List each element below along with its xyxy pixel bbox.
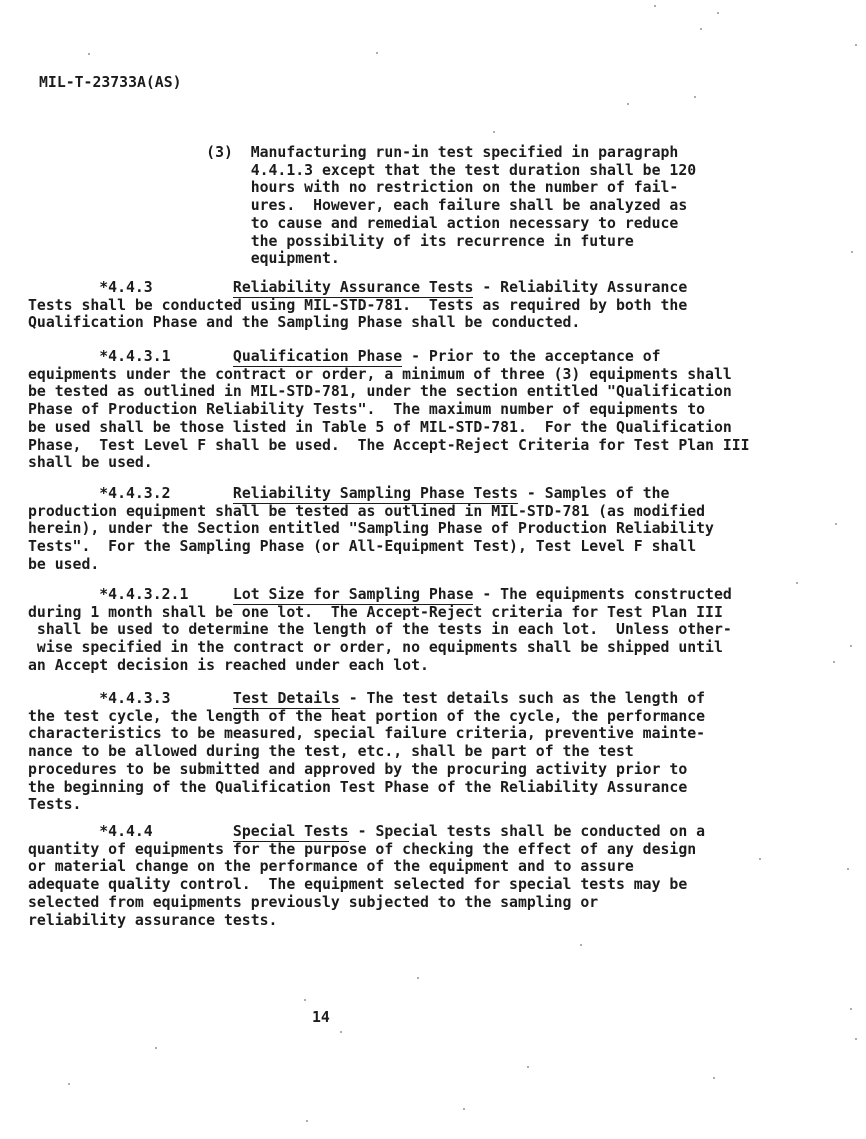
scan-speck (493, 131, 495, 133)
text-line: selected from equipments previously subj… (28, 894, 705, 912)
text-line: shall be used. (28, 454, 750, 472)
text-line: or material change on the performance of… (28, 858, 705, 876)
section-number: *4.4.3.2 (28, 485, 233, 502)
scan-speck (340, 1031, 342, 1033)
text-line: reliability assurance tests. (28, 912, 705, 930)
section-heading-tail: - Reliability Assurance (473, 279, 687, 296)
scan-speck (833, 661, 835, 663)
section-title: Test Details (233, 690, 340, 709)
text-line: (3) Manufacturing run-in test specified … (28, 144, 696, 162)
scan-speck (527, 1066, 529, 1068)
scanned-document-page: MIL-T-23733A(AS) (3) Manufacturing run-i… (0, 0, 866, 1139)
text-line: equipment. (28, 250, 696, 268)
text-line: an Accept decision is reached under each… (28, 657, 732, 675)
scan-speck (304, 999, 306, 1001)
text-line: Phase of Production Reliability Tests". … (28, 401, 750, 419)
text-line: characteristics to be measured, special … (28, 725, 705, 743)
text-line: production equipment shall be tested as … (28, 503, 714, 521)
scan-speck (627, 103, 629, 105)
text-line: herein), under the Section entitled "Sam… (28, 520, 714, 538)
scan-speck (376, 52, 378, 54)
section-number: *4.4.3.2.1 (28, 586, 233, 603)
section-heading-line: *4.4.3.2 Reliability Sampling Phase Test… (28, 485, 714, 503)
text-line: Phase, Test Level F shall be used. The A… (28, 437, 750, 455)
section-4-4-3-2: *4.4.3.2 Reliability Sampling Phase Test… (28, 485, 714, 574)
scan-speck (68, 1083, 70, 1085)
scan-speck (717, 12, 719, 14)
text-line: nance to be allowed during the test, etc… (28, 743, 705, 761)
section-title: Qualification Phase (233, 348, 402, 367)
scan-speck (713, 1077, 715, 1079)
scan-speck (850, 645, 852, 647)
section-4-4-3-1: *4.4.3.1 Qualification Phase - Prior to … (28, 348, 750, 472)
section-number: *4.4.4 (28, 823, 233, 840)
section-heading-line: *4.4.3 Reliability Assurance Tests - Rel… (28, 279, 687, 297)
section-heading-line: *4.4.3.2.1 Lot Size for Sampling Phase -… (28, 586, 732, 604)
scan-speck (850, 1008, 852, 1010)
section-heading-tail: - Prior to the acceptance of (402, 348, 660, 365)
scan-speck (851, 251, 853, 253)
section-title: Lot Size for Sampling Phase (233, 586, 474, 605)
list-item-3: (3) Manufacturing run-in test specified … (28, 144, 696, 268)
scan-speck (759, 858, 761, 860)
scan-speck (700, 28, 702, 30)
text-line: Tests shall be conducted using MIL-STD-7… (28, 297, 687, 315)
text-line: procedures to be submitted and approved … (28, 761, 705, 779)
scan-speck (306, 1120, 308, 1122)
scan-speck (88, 53, 90, 55)
text-line: Tests". For the Sampling Phase (or All-E… (28, 538, 714, 556)
scan-speck (847, 868, 849, 870)
section-heading-tail: - Samples of the (518, 485, 669, 502)
text-line: equipments under the contract or order, … (28, 366, 750, 384)
section-heading-tail: - The equipments constructed (473, 586, 731, 603)
text-line: the possibility of its recurrence in fut… (28, 233, 696, 251)
scan-speck (855, 44, 857, 46)
text-line: be used shall be those listed in Table 5… (28, 419, 750, 437)
section-4-4-3: *4.4.3 Reliability Assurance Tests - Rel… (28, 279, 687, 332)
section-heading-line: *4.4.4 Special Tests - Special tests sha… (28, 823, 705, 841)
text-line: be used. (28, 556, 714, 574)
text-line: hours with no restriction on the number … (28, 179, 696, 197)
text-line: the beginning of the Qualification Test … (28, 779, 705, 797)
document-id-header: MIL-T-23733A(AS) (39, 74, 182, 92)
section-heading-line: *4.4.3.1 Qualification Phase - Prior to … (28, 348, 750, 366)
section-heading-tail: - Special tests shall be conducted on a (349, 823, 705, 840)
text-line: wise specified in the contract or order,… (28, 639, 732, 657)
section-title: Reliability Assurance Tests (233, 279, 474, 298)
text-line: to cause and remedial action necessary t… (28, 215, 696, 233)
page-number: 14 (312, 1009, 330, 1027)
section-title: Reliability Sampling Phase Tests (233, 485, 518, 504)
section-number: *4.4.3.3 (28, 690, 233, 707)
section-4-4-3-3: *4.4.3.3 Test Details - The test details… (28, 690, 705, 814)
scan-speck (855, 1038, 857, 1040)
text-line: Qualification Phase and the Sampling Pha… (28, 314, 687, 332)
text-line: quantity of equipments for the purpose o… (28, 841, 705, 859)
text-line: the test cycle, the length of the heat p… (28, 708, 705, 726)
text-line: during 1 month shall be one lot. The Acc… (28, 604, 732, 622)
scan-speck (463, 1108, 465, 1110)
section-4-4-3-2-1: *4.4.3.2.1 Lot Size for Sampling Phase -… (28, 586, 732, 675)
text-line: be tested as outlined in MIL-STD-781, un… (28, 383, 750, 401)
section-title: Special Tests (233, 823, 349, 842)
text-line: 4.4.1.3 except that the test duration sh… (28, 162, 696, 180)
scan-speck (835, 523, 837, 525)
section-number: *4.4.3 (28, 279, 233, 296)
scan-speck (417, 977, 419, 979)
section-heading-line: *4.4.3.3 Test Details - The test details… (28, 690, 705, 708)
text-line: shall be used to determine the length of… (28, 621, 732, 639)
scan-speck (580, 944, 582, 946)
text-line: adequate quality control. The equipment … (28, 876, 705, 894)
text-line: Tests. (28, 796, 705, 814)
section-heading-tail: - The test details such as the length of (340, 690, 705, 707)
scan-speck (694, 96, 696, 98)
section-number: *4.4.3.1 (28, 348, 233, 365)
section-4-4-4: *4.4.4 Special Tests - Special tests sha… (28, 823, 705, 929)
scan-speck (654, 5, 656, 7)
scan-speck (796, 582, 798, 584)
scan-speck (155, 1047, 157, 1049)
text-line: ures. However, each failure shall be ana… (28, 197, 696, 215)
